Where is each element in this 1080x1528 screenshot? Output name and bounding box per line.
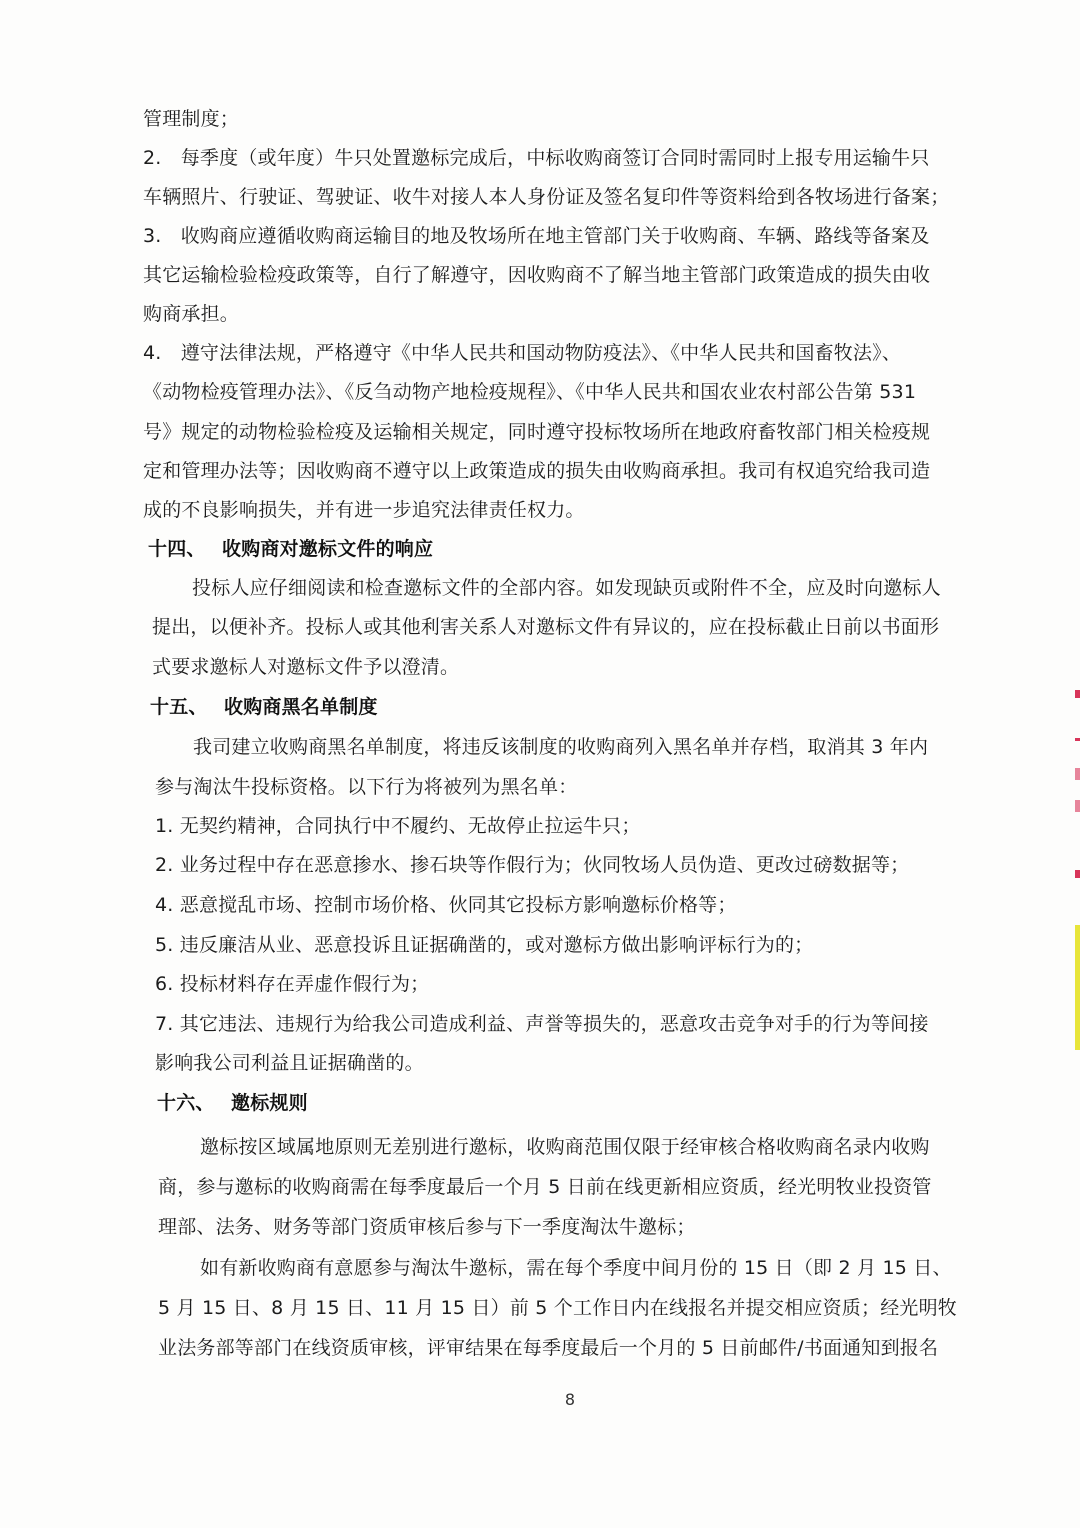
section-number: 十五、 <box>150 694 224 720</box>
text-line: 2. 每季度（或年度）牛只处置邀标完成后，中标收购商签订合同时需同时上报专用运输… <box>143 145 930 171</box>
scan-edge-mark <box>1075 690 1080 698</box>
scan-edge-mark <box>1075 870 1080 878</box>
list-item: 1. 无契约精神，合同执行中不履约、无故停止拉运牛只； <box>155 813 641 839</box>
list-item: 6. 投标材料存在弄虚作假行为； <box>155 971 429 997</box>
scan-edge-mark <box>1075 925 1080 1050</box>
text-line: 《动物检疫管理办法》、《反刍动物产地检疫规程》、《中华人民共和国农业农村部公告第… <box>143 379 916 405</box>
section-number: 十四、 <box>148 536 222 562</box>
text-line: 影响我公司利益且证据确凿的。 <box>155 1050 424 1076</box>
list-item: 7. 其它违法、违规行为给我公司造成利益、声誉等损失的，恶意攻击竞争对手的行为等… <box>155 1011 929 1037</box>
text-line: 投标人应仔细阅读和检查邀标文件的全部内容。如发现缺页或附件不全，应及时向邀标人 <box>192 575 941 601</box>
text-line: 购商承担。 <box>143 301 239 327</box>
page-number: 8 <box>0 1390 1080 1409</box>
scan-edge-mark <box>1075 738 1080 741</box>
section-title: 收购商黑名单制度 <box>224 696 378 718</box>
section-heading-15: 十五、收购商黑名单制度 <box>150 694 378 720</box>
text-line: 式要求邀标人对邀标文件予以澄清。 <box>152 654 459 680</box>
text-line: 理部、法务、财务等部门资质审核后参与下一季度淘汰牛邀标； <box>158 1214 696 1240</box>
text-line: 提出，以便补齐。投标人或其他利害关系人对邀标文件有异议的，应在投标截止日前以书面… <box>152 614 939 640</box>
text-line: 邀标按区域属地原则无差别进行邀标，收购商范围仅限于经审核合格收购商名录内收购 <box>200 1134 930 1160</box>
list-item: 5. 违反廉洁从业、恶意投诉且证据确凿的，或对邀标方做出影响评标行为的； <box>155 932 813 958</box>
text-line: 定和管理办法等；因收购商不遵守以上政策造成的损失由收购商承担。我司有权追究给我司… <box>143 458 930 484</box>
section-number: 十六、 <box>157 1090 231 1116</box>
text-line: 5 月 15 日、8 月 15 日、11 月 15 日）前 5 个工作日内在线报… <box>158 1295 957 1321</box>
scan-edge-mark <box>1075 768 1080 780</box>
section-title: 邀标规则 <box>231 1092 308 1114</box>
text-line: 4. 遵守法律法规，严格遵守《中华人民共和国动物防疫法》、《中华人民共和国畜牧法… <box>143 340 901 366</box>
document-page: 管理制度； 2. 每季度（或年度）牛只处置邀标完成后，中标收购商签订合同时需同时… <box>0 0 1080 1528</box>
text-line: 号》规定的动物检验检疫及运输相关规定，同时遵守投标牧场所在地政府畜牧部门相关检疫… <box>143 419 930 445</box>
list-item: 2. 业务过程中存在恶意掺水、掺石块等作假行为；伙同牧场人员伪造、更改过磅数据等… <box>155 852 909 878</box>
text-line: 3. 收购商应遵循收购商运输目的地及牧场所在地主管部门关于收购商、车辆、路线等备… <box>143 223 930 249</box>
section-title: 收购商对邀标文件的响应 <box>222 538 433 560</box>
text-line: 管理制度； <box>143 106 239 132</box>
text-line: 我司建立收购商黑名单制度，将违反该制度的收购商列入黑名单并存档，取消其 3 年内 <box>193 734 928 760</box>
text-line: 商，参与邀标的收购商需在每季度最后一个月 5 日前在线更新相应资质，经光明牧业投… <box>158 1174 932 1200</box>
scan-edge-mark <box>1075 800 1080 812</box>
text-line: 其它运输检验检疫政策等，自行了解遵守，因收购商不了解当地主管部门政策造成的损失由… <box>143 262 930 288</box>
section-heading-14: 十四、收购商对邀标文件的响应 <box>148 536 433 562</box>
list-item: 4. 恶意搅乱市场、控制市场价格、伙同其它投标方影响邀标价格等； <box>155 892 737 918</box>
text-line: 如有新收购商有意愿参与淘汰牛邀标，需在每个季度中间月份的 15 日（即 2 月 … <box>200 1255 952 1281</box>
section-heading-16: 十六、邀标规则 <box>157 1090 308 1116</box>
text-line: 成的不良影响损失，并有进一步追究法律责任权力。 <box>143 497 585 523</box>
text-line: 车辆照片、行驶证、驾驶证、收牛对接人本人身份证及签名复印件等资料给到各牧场进行备… <box>143 184 949 210</box>
text-line: 业法务部等部门在线资质审核，评审结果在每季度最后一个月的 5 日前邮件/书面通知… <box>158 1335 938 1361</box>
text-line: 参与淘汰牛投标资格。以下行为将被列为黑名单： <box>155 774 577 800</box>
